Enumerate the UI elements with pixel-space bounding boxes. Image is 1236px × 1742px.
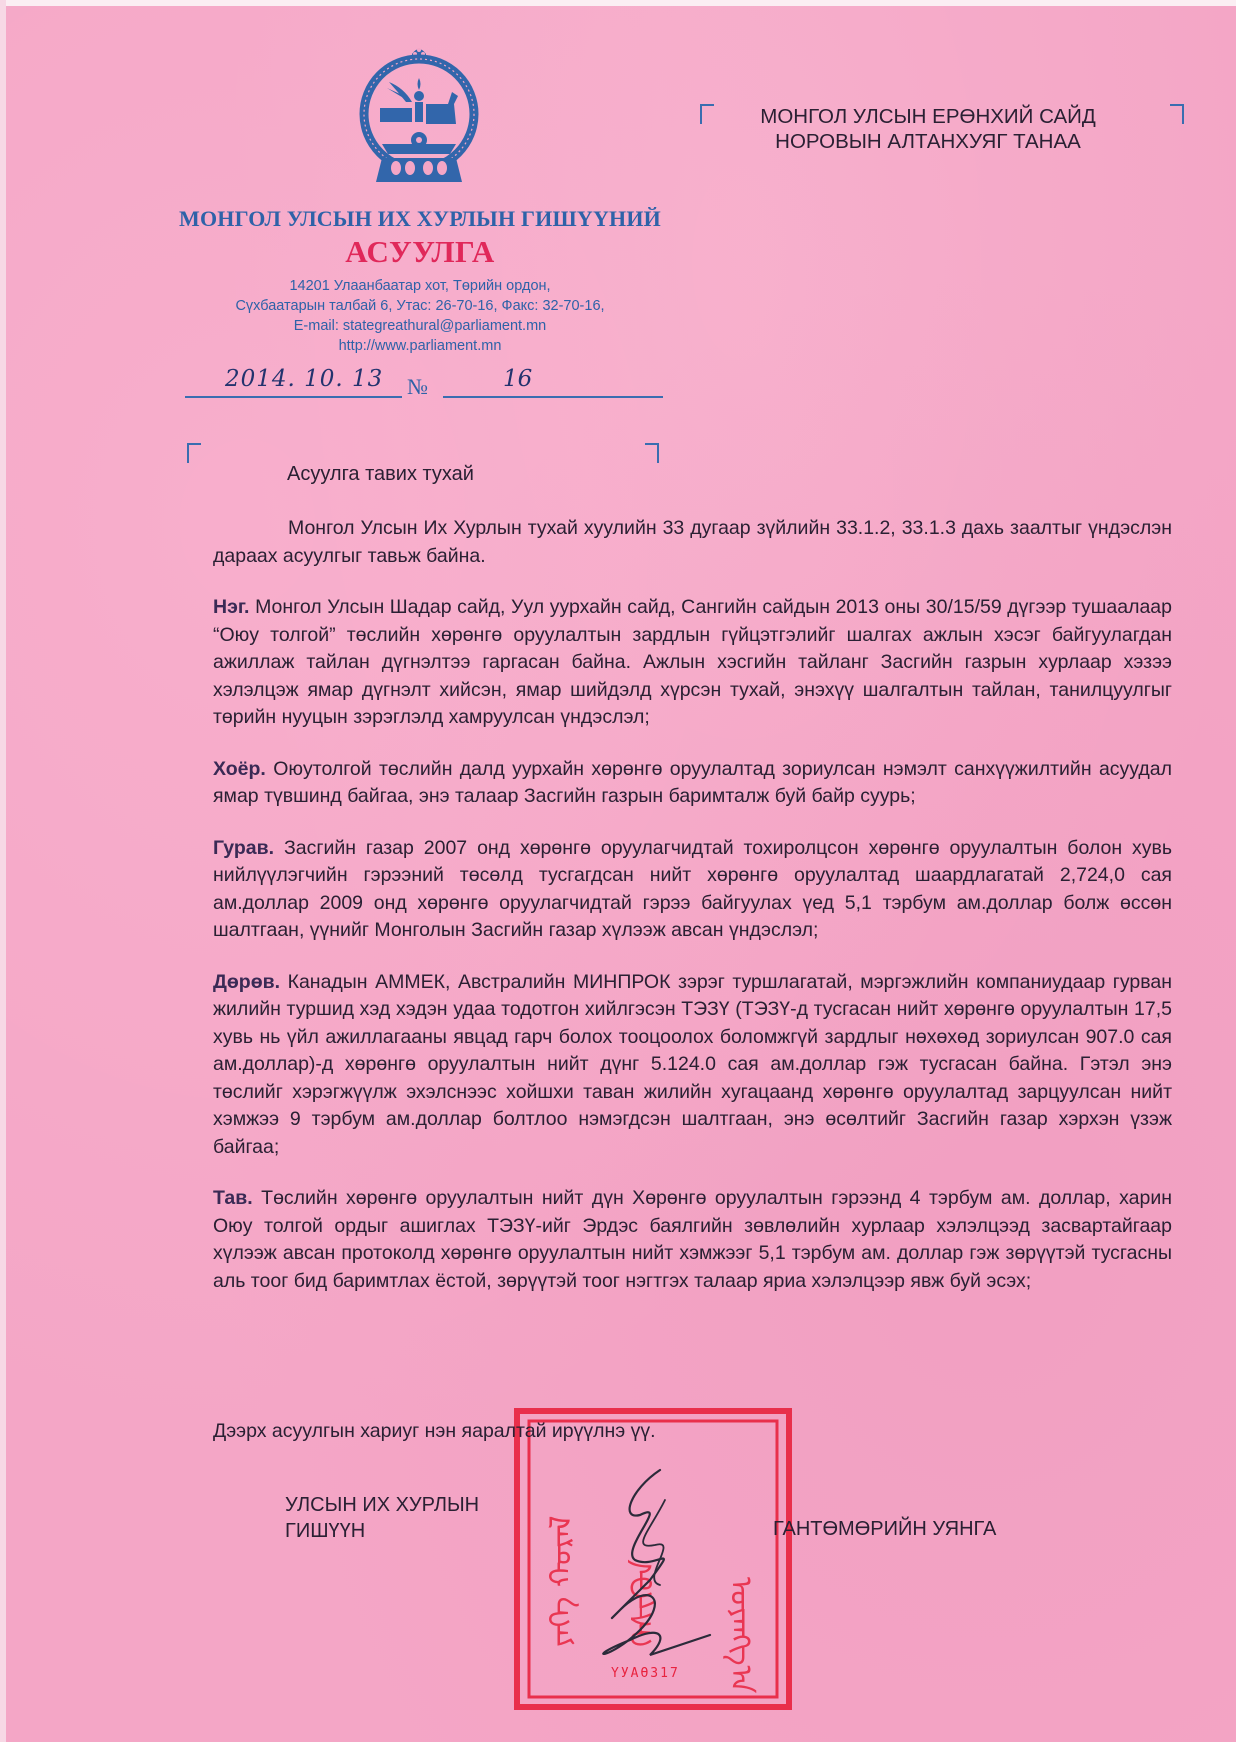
handwritten-date: 2014. 10. 13: [225, 366, 383, 392]
question-text: Засгийн газар 2007 онд хөрөнгө оруулагчи…: [213, 837, 1172, 942]
question-label: Тав.: [213, 1187, 253, 1209]
scan-edge-left: [0, 0, 6, 1742]
question-label: Хоёр.: [213, 758, 266, 780]
question-paragraph: Гурав. Засгийн газар 2007 онд хөрөнгө ор…: [213, 835, 1172, 945]
question-paragraph: Дөрөв. Канадын АММЕК, Австралийн МИНПРОК…: [213, 969, 1172, 1162]
scan-edge-top: [0, 0, 1236, 6]
address-line-1: 14201 Улаанбаатар хот, Төрийн ордон,: [165, 276, 675, 296]
signer-title-line-1: УЛСЫН ИХ ХУРЛЫН: [285, 1492, 479, 1518]
subject-line: Асуулга тавих тухай: [287, 463, 474, 486]
question-paragraph: Хоёр. Оюутолгой төслийн далд уурхайн хөр…: [213, 756, 1172, 811]
recipient-title: МОНГОЛ УЛСЫН ЕРӨНХИЙ САЙД: [728, 104, 1128, 129]
question-text: Монгол Улсын Шадар сайд, Уул уурхайн сай…: [213, 596, 1172, 728]
question-paragraph: Нэг. Монгол Улсын Шадар сайд, Уул уурхай…: [213, 594, 1172, 732]
subject-bracket-right-icon: [645, 443, 659, 463]
recipient-name: НОРОВЫН АЛТАНХУЯГ ТАНАА: [728, 129, 1128, 154]
signer-title: УЛСЫН ИХ ХУРЛЫН ГИШҮҮН: [285, 1492, 479, 1544]
registration-row: 2014. 10. 13 № 16: [185, 366, 665, 402]
signer-title-line-2: ГИШҮҮН: [285, 1518, 479, 1544]
question-label: Гурав.: [213, 837, 274, 859]
intro-paragraph: Монгол Улсын Их Хурлын тухай хуулийн 33 …: [213, 515, 1172, 570]
letterhead: МОНГОЛ УЛСЫН ИХ ХУРЛЫН ГИШҮҮНИЙ АСУУЛГА …: [165, 206, 675, 356]
document-type-title: АСУУЛГА: [165, 234, 675, 270]
question-paragraph: Тав. Төслийн хөрөнгө оруулалтын нийт дүн…: [213, 1185, 1172, 1295]
email-line: E-mail: stategreathural@parliament.mn: [165, 316, 675, 336]
number-sign: №: [407, 374, 428, 400]
number-underline: [443, 396, 663, 398]
question-label: Нэг.: [213, 596, 249, 618]
subject-bracket-left-icon: [187, 443, 201, 463]
handwritten-number: 16: [503, 366, 532, 392]
question-text: Төслийн хөрөнгө оруулалтын нийт дүн Хөрө…: [213, 1187, 1172, 1292]
closing-line: Дээрх асуулгын хариуг нэн яаралтай ирүүл…: [213, 1420, 656, 1443]
question-text: Оюутолгой төслийн далд уурхайн хөрөнгө о…: [213, 758, 1172, 808]
recipient-block: МОНГОЛ УЛСЫН ЕРӨНХИЙ САЙД НОРОВЫН АЛТАНХ…: [720, 104, 1180, 154]
document-body: Монгол Улсын Их Хурлын тухай хуулийн 33 …: [213, 515, 1172, 1319]
signature-icon: [560, 1460, 730, 1680]
address-line-2: Сүхбаатарын талбай 6, Утас: 26-70-16, Фа…: [165, 296, 675, 316]
signer-name: ГАНТӨМӨРИЙН УЯНГА: [773, 1518, 996, 1541]
question-label: Дөрөв.: [213, 971, 280, 993]
org-title: МОНГОЛ УЛСЫН ИХ ХУРЛЫН ГИШҮҮНИЙ: [165, 206, 675, 232]
date-underline: [185, 396, 402, 398]
website-link[interactable]: http://www.parliament.mn: [165, 336, 675, 356]
question-text: Канадын АММЕК, Австралийн МИНПРОК зэрэг …: [213, 971, 1172, 1158]
recipient-bracket-left-icon: [700, 104, 714, 124]
state-emblem-icon: [352, 44, 486, 186]
